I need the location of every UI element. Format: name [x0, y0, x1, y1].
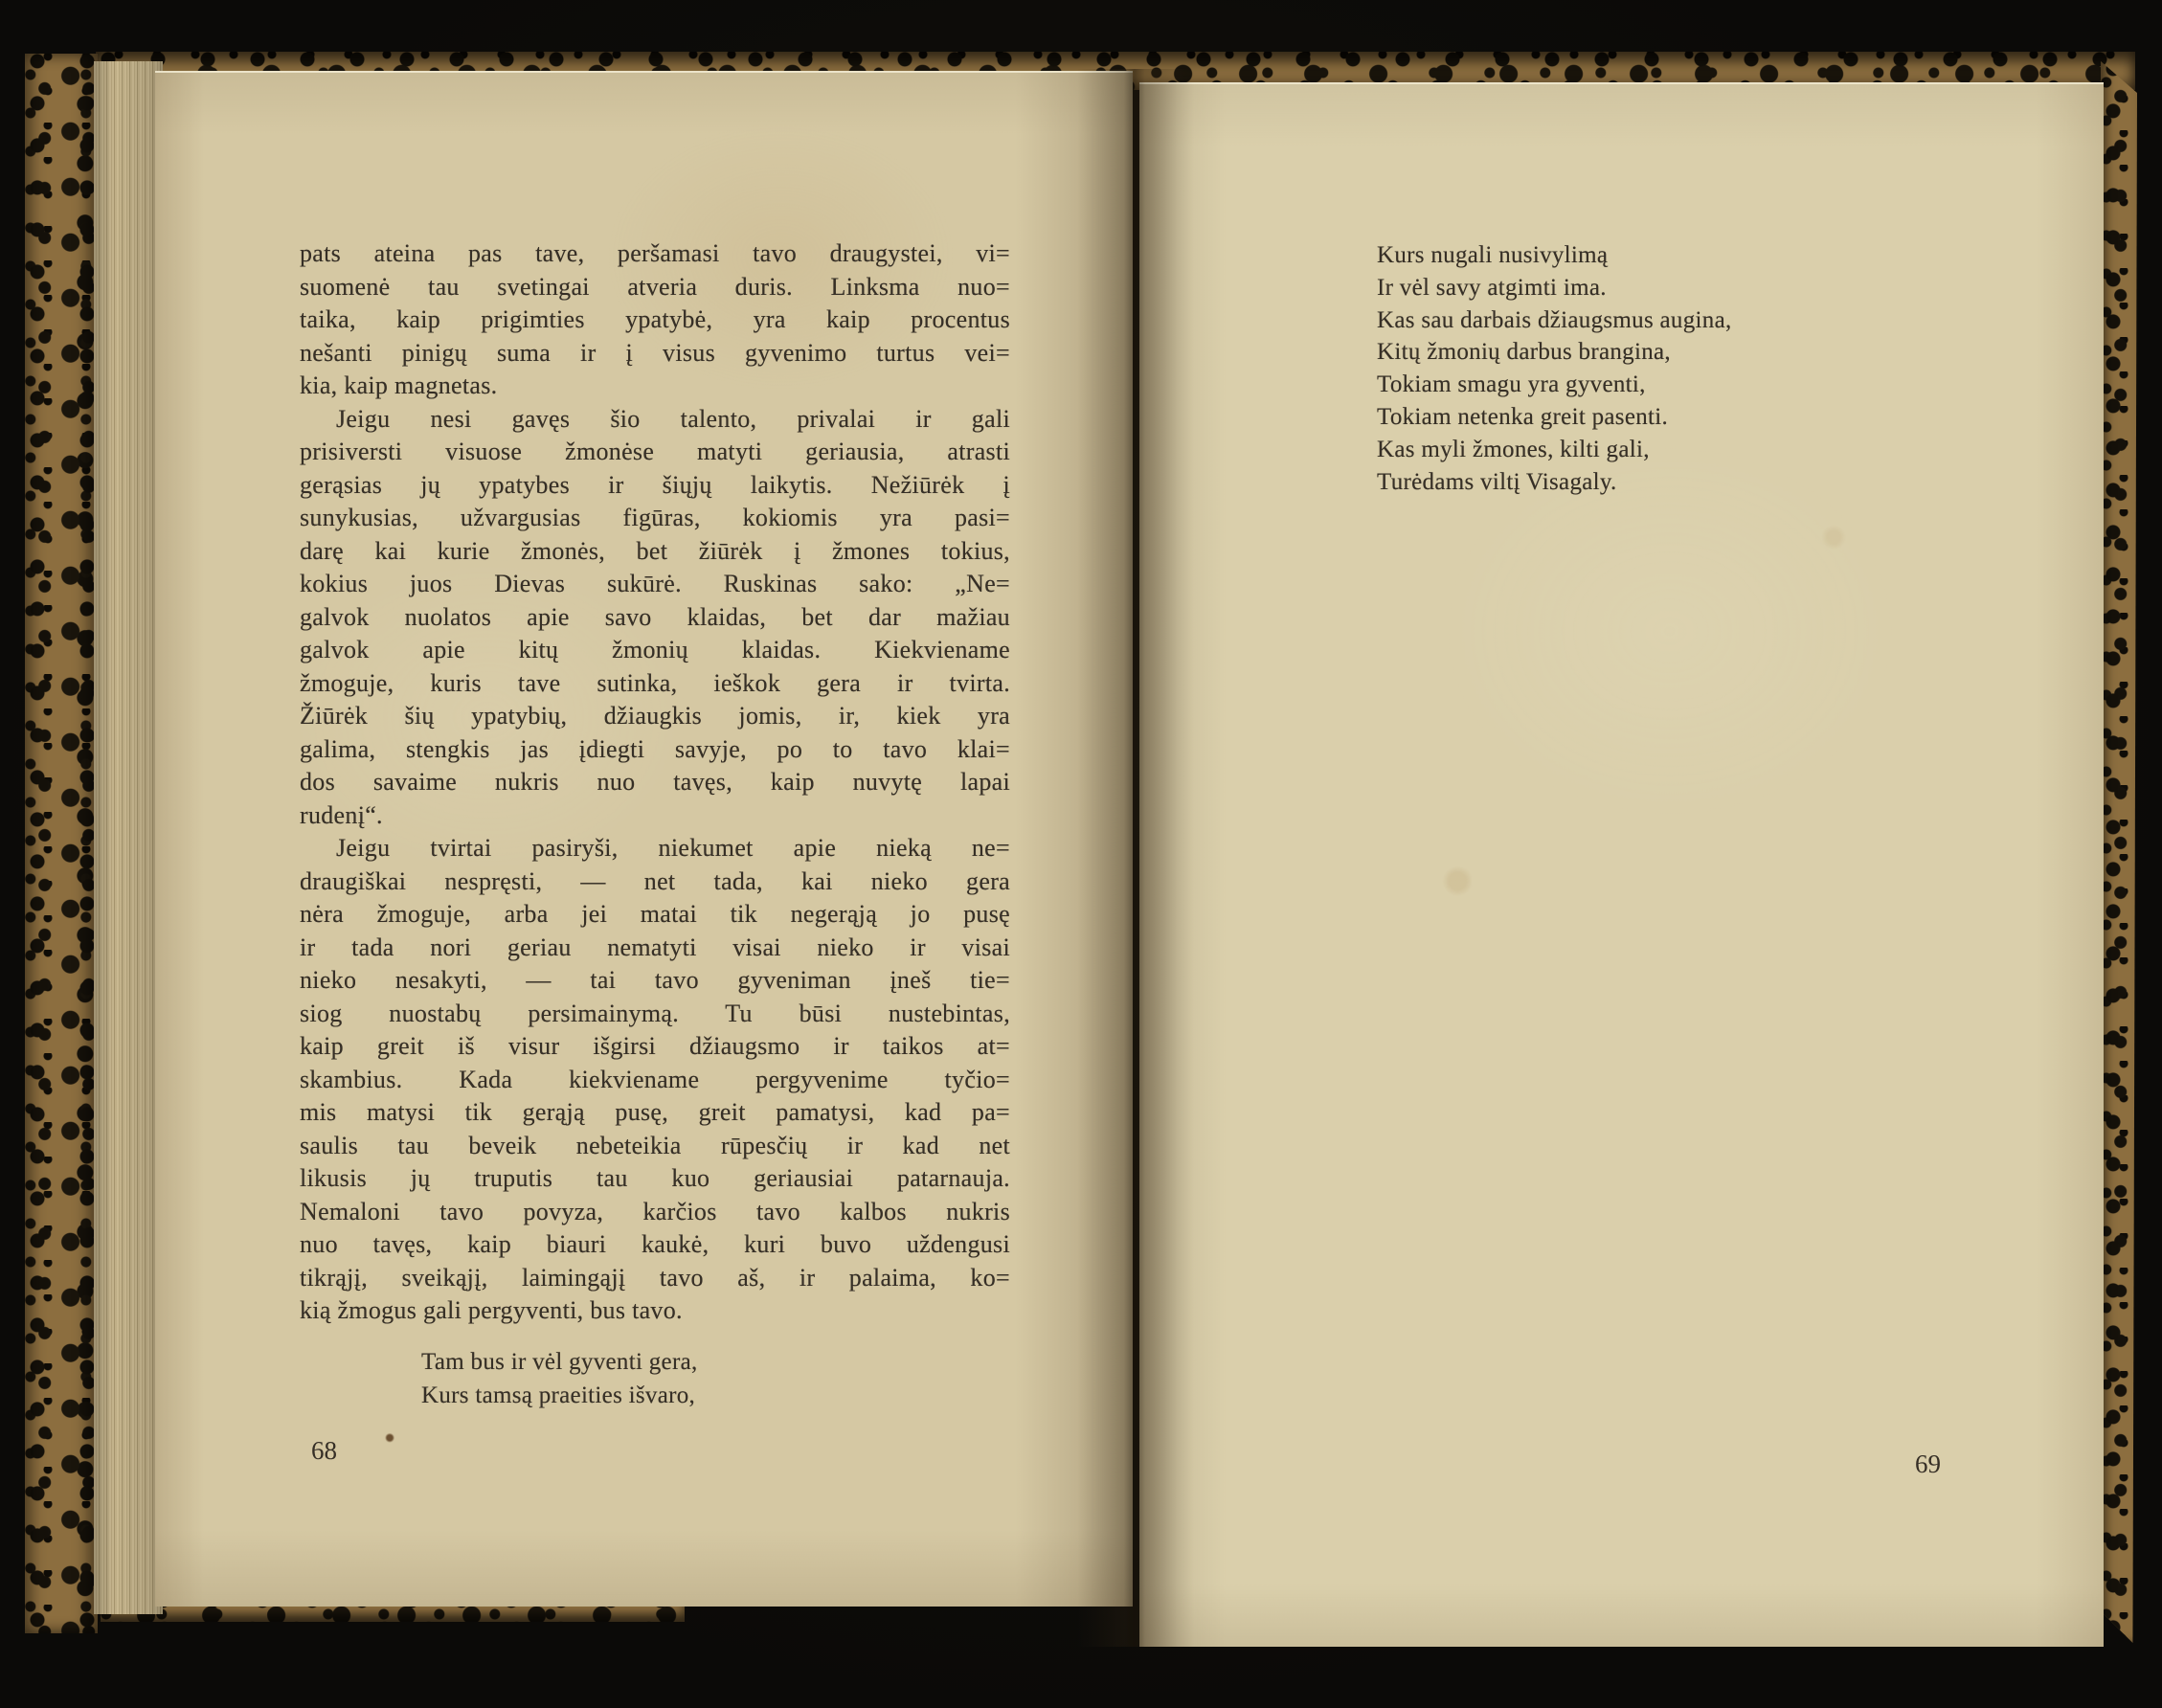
body-line: nuo tavęs, kaip biauri kaukė, kuri buvo … [300, 1228, 1010, 1262]
body-line: ir tada nori geriau nematyti visai nieko… [300, 932, 1010, 965]
right-page-verse: Kurs nugali nusivylimąIr vėl savy atgimt… [1377, 239, 1732, 498]
body-line: taika, kaip prigimties ypatybė, yra kaip… [300, 303, 1010, 337]
body-line: žmoguje, kuris tave sutinka, ieškok gera… [300, 667, 1010, 701]
body-line: Nemaloni tavo povyza, karčios tavo kalbo… [300, 1196, 1010, 1229]
left-page: pats ateina pas tave, peršamasi tavo dra… [155, 71, 1133, 1607]
page-number-left: 68 [311, 1436, 337, 1466]
body-line: saulis tau beveik nebeteikia rūpesčių ir… [300, 1130, 1010, 1163]
body-line: darę kai kurie žmonės, bet žiūrėk į žmon… [300, 535, 1010, 569]
verse-line: Tam bus ir vėl gyventi gera, [421, 1346, 698, 1380]
body-line: kaip greit iš visur išgirsi džiaugsmo ir… [300, 1030, 1010, 1064]
binding-right-cover [2101, 61, 2137, 1643]
body-line: nėra žmoguje, arba jei matai tik negerąj… [300, 898, 1010, 932]
verse-line: Tokiam netenka greit pasenti. [1377, 401, 1732, 434]
verse-line: Kas myli žmones, kilti gali, [1377, 434, 1732, 466]
verse-line: Turėdams viltį Visagaly. [1377, 466, 1732, 499]
body-line: galvok apie kitų žmonių klaidas. Kiekvie… [300, 634, 1010, 667]
page-stack-fore-edge [94, 61, 163, 1614]
body-line: dos savaime nukris nuo tavęs, kaip nuvyt… [300, 766, 1010, 799]
body-line: pats ateina pas tave, peršamasi tavo dra… [300, 237, 1010, 271]
left-page-body: pats ateina pas tave, peršamasi tavo dra… [300, 237, 1010, 1328]
book-scan: pats ateina pas tave, peršamasi tavo dra… [0, 0, 2162, 1708]
body-line: tikrąjį, sveikąjį, laimingąjį tavo aš, i… [300, 1262, 1010, 1295]
body-line: nešanti pinigų suma ir į visus gyvenimo … [300, 337, 1010, 371]
body-line: Jeigu tvirtai pasiryši, niekumet apie ni… [300, 832, 1010, 865]
verse-line: Tokiam smagu yra gyventi, [1377, 369, 1732, 401]
body-line: nieko nesakyti, — tai tavo gyveniman įne… [300, 964, 1010, 998]
verse-line: Ir vėl savy atgimti ima. [1377, 272, 1732, 304]
body-line: draugiškai nespręsti, — net tada, kai ni… [300, 865, 1010, 899]
right-page: Kurs nugali nusivylimąIr vėl savy atgimt… [1139, 82, 2104, 1647]
body-line: galvok nuolatos apie savo klaidas, bet d… [300, 601, 1010, 635]
body-line: mis matysi tik gerąją pusę, greit pamaty… [300, 1096, 1010, 1130]
body-line: sunykusias, užvargusias figūras, kokiomi… [300, 502, 1010, 535]
body-line: skambius. Kada kiekviename pergyvenime t… [300, 1064, 1010, 1097]
body-line: galima, stengkis jas įdiegti savyje, po … [300, 733, 1010, 767]
body-line: kokius juos Dievas sukūrė. Ruskinas sako… [300, 568, 1010, 601]
body-line: kią žmogus gali pergyventi, bus tavo. [300, 1294, 1010, 1328]
body-line: rudenį“. [300, 799, 1010, 833]
binding-left-cover [25, 54, 98, 1633]
body-line: siog nuostabų persimainymą. Tu būsi nust… [300, 998, 1010, 1031]
verse-line: Kurs tamsą praeities išvaro, [421, 1380, 698, 1413]
verse-line: Kas sau darbais džiaugsmus augina, [1377, 304, 1732, 337]
body-line: Jeigu nesi gavęs šio talento, privalai i… [300, 403, 1010, 437]
body-line: suomenė tau svetingai atveria duris. Lin… [300, 271, 1010, 304]
verse-line: Kurs nugali nusivylimą [1377, 239, 1732, 272]
body-line: gerąsias jų ypatybes ir šiųjų laikytis. … [300, 469, 1010, 503]
left-page-verse: Tam bus ir vėl gyventi gera,Kurs tamsą p… [421, 1346, 698, 1412]
body-line: Žiūrėk šių ypatybių, džiaugkis jomis, ir… [300, 700, 1010, 733]
page-number-right: 69 [1915, 1450, 1941, 1479]
body-line: kia, kaip magnetas. [300, 370, 1010, 403]
verse-line: Kitų žmonių darbus brangina, [1377, 336, 1732, 369]
body-line: prisiversti visuose žmonėse matyti geria… [300, 436, 1010, 469]
body-line: likusis jų truputis tau kuo geriausiai p… [300, 1162, 1010, 1196]
